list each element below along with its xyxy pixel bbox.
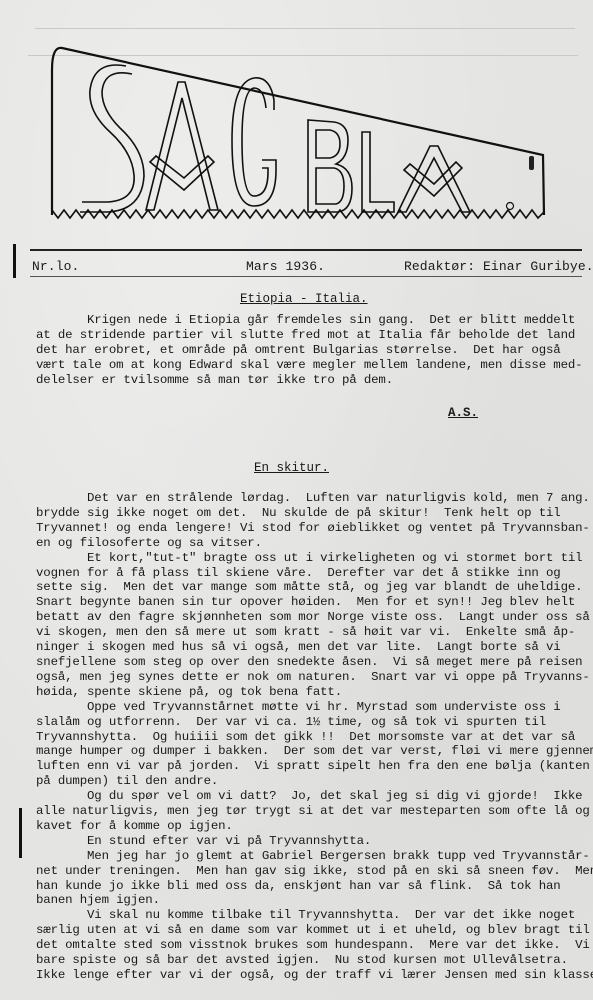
top-rule [30, 249, 582, 251]
margin-mark [19, 808, 22, 858]
text-line: Tryvannshytta. Og huiiii som det gikk !!… [36, 730, 584, 745]
saw-blade-masthead [48, 40, 568, 230]
text-line: Og du spør vel om vi datt? Jo, det skal … [36, 789, 584, 804]
text-line: delelser er tvilsomme så man tør ikke tr… [36, 373, 584, 388]
text-line: alle naturligvis, men jeg tør trygt si a… [36, 804, 584, 819]
text-line: kavet for å komme op igjen. [36, 819, 584, 834]
text-line: vært tale om at kong Edward skal være me… [36, 358, 584, 373]
letter-a-ring-1 [146, 82, 218, 210]
text-line: særlig uten at vi så en dame som var kom… [36, 923, 584, 938]
text-line: Men jeg har jo glemt at Gabriel Bergerse… [36, 849, 584, 864]
text-line: også, men jeg synes dette er nok om natu… [36, 670, 584, 685]
text-line: at de stridende partier vil slutte fred … [36, 328, 584, 343]
bleed-through-line [35, 28, 575, 29]
letter-b [308, 120, 352, 212]
text-line: vognen for å få plass til skiene våre. D… [36, 566, 584, 581]
article-body-skitur: Det var en strålende lørdag. Luften var … [36, 491, 584, 983]
margin-mark [13, 244, 16, 278]
letter-g [232, 78, 276, 206]
text-line: Ikke lenge efter var vi der også, og der… [36, 968, 584, 983]
text-line: på dumpen) til den andre. [36, 774, 584, 789]
article-title-etiopia: Etiopia - Italia. [240, 292, 368, 306]
text-line: Krigen nede i Etiopia går fremdeles sin … [36, 313, 584, 328]
text-line: brydde sig ikke noget om det. Nu skulde … [36, 506, 584, 521]
letter-s [80, 65, 144, 212]
letter-l [362, 132, 394, 212]
text-line: sette sig. Men det var mange som måtte s… [36, 580, 584, 595]
article-body-etiopia: Krigen nede i Etiopia går fremdeles sin … [36, 313, 584, 388]
letter-a-ring-2 [398, 146, 470, 212]
text-line: det har erobret, et område på omtrent Bu… [36, 343, 584, 358]
article-title-skitur: En skitur. [254, 461, 329, 475]
newsletter-page: Nr.lo. Mars 1936. Redaktør: Einar Guriby… [0, 0, 593, 1000]
text-line: net under treningen. Men han gav sig ikk… [36, 864, 584, 879]
text-line: ninger i skogen med hus så vi også, men … [36, 640, 584, 655]
text-line: Snart begynte banen sin tur opover høide… [36, 595, 584, 610]
text-line: vi skogen, men den så mere ut som kratt … [36, 625, 584, 640]
text-line: luften enn vi var på jorden. Vi spratt s… [36, 759, 584, 774]
text-line: betatt av den fagre skjønnheten som mor … [36, 610, 584, 625]
text-line: Det var en strålende lørdag. Luften var … [36, 491, 584, 506]
text-line: Et kort,"tut-t" bragte oss ut i virkelig… [36, 551, 584, 566]
text-line: en og filosoferte og sa vitser. [36, 536, 584, 551]
text-line: Vi skal nu komme tilbake til Tryvannshyt… [36, 908, 584, 923]
text-line: snefjellene som steg op over den snedekt… [36, 655, 584, 670]
text-line: det omtalte sted som visstnok brukes som… [36, 938, 584, 953]
text-line: bare spiste og så bar det avsted igjen. … [36, 953, 584, 968]
text-line: Tryvannet! og enda lengere! Vi stod for … [36, 521, 584, 536]
text-line: En stund efter var vi på Tryvannshytta. [36, 834, 584, 849]
text-line: høida, spente skiene på, og tok bena fat… [36, 685, 584, 700]
editor-credit: Redaktør: Einar Guribye. [404, 259, 593, 274]
text-line: banen hjem igjen. [36, 893, 584, 908]
text-line: han kunde jo ikke bli med oss da, enskjø… [36, 879, 584, 894]
text-line: Oppe ved Tryvannstårnet møtte vi hr. Myr… [36, 700, 584, 715]
issue-date: Mars 1936. [246, 259, 325, 274]
text-line: slalåm og utforrenn. Der var vi ca. 1½ t… [36, 715, 584, 730]
text-line: mange humper og dumper i bakken. Der som… [36, 744, 584, 759]
issue-number: Nr.lo. [32, 259, 79, 274]
issue-info-row: Nr.lo. Mars 1936. Redaktør: Einar Guriby… [32, 259, 582, 277]
article-signature: A.S. [448, 406, 478, 420]
